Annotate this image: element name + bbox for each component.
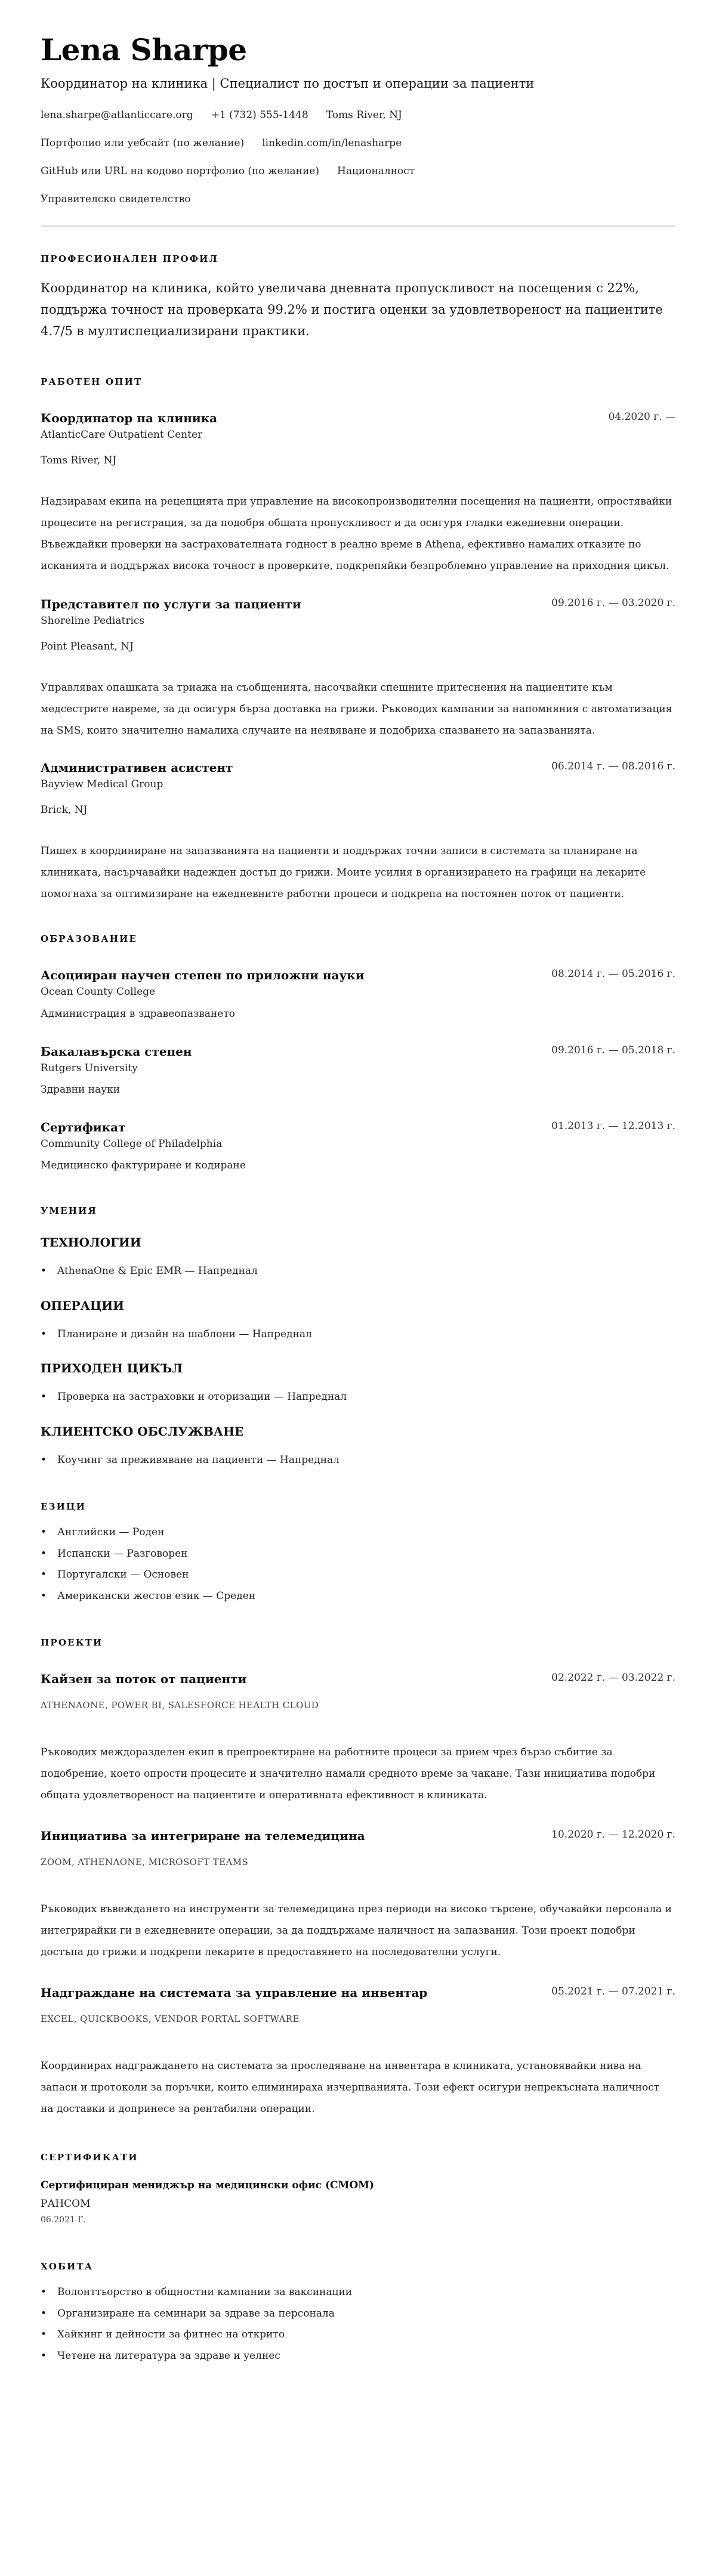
project-description: Ръководих въвеждането на инструменти за … [41,1898,675,1963]
job-dates: 06.2014 г. — 08.2016 г. [551,759,675,774]
hobby-item: Волонттьорство в общностни кампании за в… [41,2285,675,2300]
section-languages: ЕЗИЦИ Английски — Роден Испански — Разго… [41,1501,675,1604]
skill-category-title: ПРИХОДЕН ЦИКЪЛ [41,1360,675,1377]
degree-title: Асоцииран научен степен по приложни наук… [41,967,365,984]
project-dates: 05.2021 г. — 07.2021 г. [551,1984,675,1999]
section-projects: ПРОЕКТИ Кайзен за поток от пациенти 02.2… [41,1637,675,2120]
section-title: ХОБИТА [41,2261,675,2272]
contact-row: GitHub или URL на кодово портфолио (по ж… [41,165,675,193]
section-skills: УМЕНИЯ ТЕХНОЛОГИИ AthenaOne & Epic EMR —… [41,1205,675,1468]
job-description: Пишех в координиране на запазванията на … [41,840,675,905]
project-tags: Excel, QuickBooks, Vendor Portal Softwar… [41,2013,675,2025]
language-item: Американски жестов език — Среден [41,1589,675,1604]
job-location: Toms River, NJ [41,453,675,469]
job-location: Brick, NJ [41,803,675,818]
education-entry: Асоцииран научен степен по приложни наук… [41,967,675,1021]
job-description: Надзиравам екипа на рецепцията при управ… [41,491,675,577]
hobby-item: Организиране на семинари за здраве за пе… [41,2306,675,2322]
candidate-name: Lena Sharpe [41,33,675,66]
skill-item: AthenaOne & Epic EMR — Напреднал [41,1264,675,1279]
skill-list: Планиране и дизайн на шаблони — Напредна… [41,1327,675,1343]
language-item: Испански — Разговорен [41,1547,675,1562]
profile-summary: Координатор на клиника, който увеличава … [41,277,675,342]
resume-header: Lena Sharpe Координатор на клиника | Спе… [41,33,675,227]
header-divider [41,225,675,227]
project-entry: Надграждане на системата за управление н… [41,1984,675,2120]
education-dates: 09.2016 г. — 05.2018 г. [551,1043,675,1058]
skill-item: Коучинг за преживяване на пациенти — Нап… [41,1453,675,1468]
skill-category-title: ТЕХНОЛОГИИ [41,1234,675,1251]
project-title: Надграждане на системата за управление н… [41,1984,427,2001]
contact-nationality: Националност [337,165,415,178]
section-title: ПРОФЕСИОНАЛЕН ПРОФИЛ [41,253,675,264]
job-company: AtlanticCare Outpatient Center [41,428,675,443]
certification-entry: Сертифициран мениджър на медицински офис… [41,2178,675,2226]
job-title: Представител по услуги за пациенти [41,596,301,613]
job-description: Управлявах опашката за триажа на съобщен… [41,677,675,741]
skill-list: AthenaOne & Epic EMR — Напреднал [41,1264,675,1279]
skill-category-title: КЛИЕНТСКО ОБСЛУЖВАНЕ [41,1423,675,1440]
hobby-item: Хайкинг и дейности за фитнес на открито [41,2327,675,2343]
language-item: Португалски — Основен [41,1567,675,1583]
education-entry: Бакалавърска степен 09.2016 г. — 05.2018… [41,1043,675,1097]
job-company: Bayview Medical Group [41,777,675,793]
section-education: ОБРАЗОВАНИЕ Асоцииран научен степен по п… [41,933,675,1173]
section-title: РАБОТЕН ОПИТ [41,376,675,387]
job-title: Координатор на клиника [41,410,217,426]
section-title: ОБРАЗОВАНИЕ [41,933,675,944]
skill-list: Коучинг за преживяване на пациенти — Нап… [41,1453,675,1468]
language-item: Английски — Роден [41,1525,675,1541]
project-entry: Кайзен за поток от пациенти 02.2022 г. —… [41,1671,675,1806]
project-title: Кайзен за поток от пациенти [41,1671,246,1687]
section-experience: РАБОТЕН ОПИТ Координатор на клиника 04.2… [41,376,675,905]
education-dates: 08.2014 г. — 05.2016 г. [551,967,675,982]
section-title: ЕЗИЦИ [41,1501,675,1512]
section-title: ПРОЕКТИ [41,1637,675,1648]
field-of-study: Здравни науки [41,1083,675,1097]
project-description: Координирах надграждането на системата з… [41,2055,675,2120]
school-name: Rutgers University [41,1061,675,1077]
contact-email[interactable]: lena.sharpe@atlanticcare.org [41,109,193,122]
job-dates: 09.2016 г. — 03.2020 г. [551,596,675,611]
job-dates: 04.2020 г. — [609,410,675,425]
skill-item: Проверка на застраховки и оторизации — Н… [41,1390,675,1405]
contact-row: Портфолио или уебсайт (по желание) linke… [41,137,675,165]
job-company: Shoreline Pediatrics [41,614,675,629]
experience-entry: Координатор на клиника 04.2020 г. — Atla… [41,410,675,577]
contact-linkedin[interactable]: linkedin.com/in/lenasharpe [262,137,402,150]
contact-github[interactable]: GitHub или URL на кодово портфолио (по ж… [41,165,319,178]
contact-info: lena.sharpe@atlanticcare.org +1 (732) 55… [41,109,675,221]
language-list: Английски — Роден Испански — Разговорен … [41,1525,675,1604]
project-entry: Инициатива за интегриране на телемедицин… [41,1827,675,1963]
contact-row: lena.sharpe@atlanticcare.org +1 (732) 55… [41,109,675,137]
degree-title: Сертификат [41,1119,126,1136]
certification-date: 06.2021 Г. [41,2215,675,2226]
job-location: Point Pleasant, NJ [41,639,675,655]
contact-phone[interactable]: +1 (732) 555-1448 [211,109,308,122]
certification-issuer: РАНСОМ [41,2197,675,2212]
section-title: СЕРТИФИКАТИ [41,2152,675,2163]
degree-title: Бакалавърска степен [41,1043,192,1060]
school-name: Ocean County College [41,985,675,1000]
skill-item: Планиране и дизайн на шаблони — Напредна… [41,1327,675,1343]
hobby-list: Волонттьорство в общностни кампании за в… [41,2285,675,2364]
experience-entry: Административен асистент 06.2014 г. — 08… [41,759,675,905]
candidate-headline: Координатор на клиника | Специалист по д… [41,76,675,92]
education-entry: Сертификат 01.2013 г. — 12.2013 г. Commu… [41,1119,675,1173]
project-dates: 02.2022 г. — 03.2022 г. [551,1671,675,1686]
education-dates: 01.2013 г. — 12.2013 г. [551,1119,675,1134]
section-profile: ПРОФЕСИОНАЛЕН ПРОФИЛ Координатор на клин… [41,253,675,342]
contact-row: Управителско свидетелство [41,193,675,221]
project-tags: Zoom, AthenaOne, Microsoft Teams [41,1856,675,1869]
hobby-item: Четене на литература за здраве и уелнес [41,2349,675,2364]
contact-license: Управителско свидетелство [41,193,191,206]
job-title: Административен асистент [41,759,233,776]
school-name: Community College of Philadelphia [41,1137,675,1152]
section-title: УМЕНИЯ [41,1205,675,1216]
project-description: Ръководих междоразделен екип в препроект… [41,1742,675,1806]
certification-name: Сертифициран мениджър на медицински офис… [41,2178,675,2194]
skill-category-title: ОПЕРАЦИИ [41,1297,675,1314]
contact-location: Toms River, NJ [326,109,402,122]
field-of-study: Администрация в здравеопазването [41,1007,675,1022]
section-hobbies: ХОБИТА Волонттьорство в общностни кампан… [41,2261,675,2364]
section-certifications: СЕРТИФИКАТИ Сертифициран мениджър на мед… [41,2152,675,2226]
experience-entry: Представител по услуги за пациенти 09.20… [41,596,675,741]
resume-page: Lena Sharpe Координатор на клиника | Спе… [0,0,716,2405]
project-tags: AthenaOne, Power BI, Salesforce Health C… [41,1699,675,1712]
project-dates: 10.2020 г. — 12.2020 г. [551,1827,675,1842]
field-of-study: Медицинско фактуриране и кодиране [41,1159,675,1173]
project-title: Инициатива за интегриране на телемедицин… [41,1827,365,1844]
skill-list: Проверка на застраховки и оторизации — Н… [41,1390,675,1405]
contact-portfolio[interactable]: Портфолио или уебсайт (по желание) [41,137,244,150]
